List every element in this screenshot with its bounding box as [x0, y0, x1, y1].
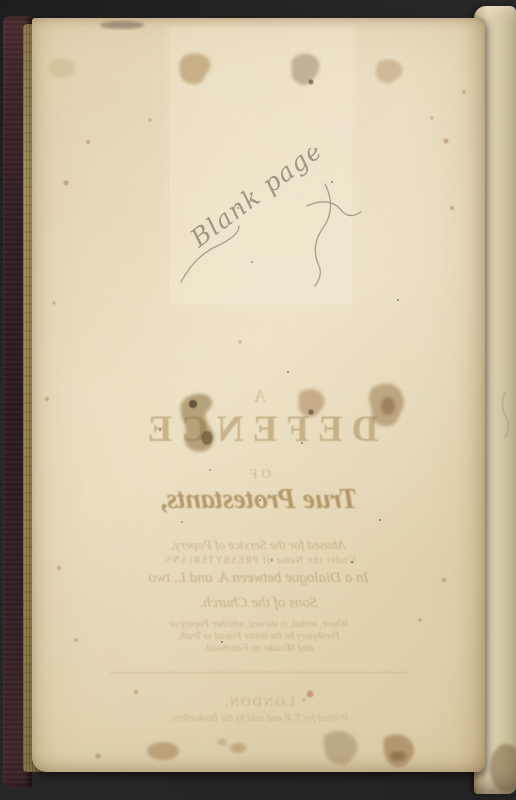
pencil-inscription: Blank page: [175, 148, 380, 298]
showthrough-line: DEFENCE: [32, 408, 485, 451]
showthrough-line: Abused for the Service of Popery,: [32, 537, 485, 553]
showthrough-line: Where, withal, is shewed, whether Popery…: [32, 619, 485, 630]
pencil-flourish: [181, 226, 239, 282]
blank-verso-page: A DEFENCE OF True Protestants, Abused fo…: [32, 18, 485, 772]
showthrough-line: Presbytery be the better Friend to Truth…: [32, 631, 485, 642]
showthrough-line: and Mistake no Falsehood.: [32, 643, 485, 654]
showthrough-line: Under the Name of PRESBYTERIANS.: [32, 555, 485, 566]
paper-aging-tone: [32, 18, 485, 772]
showthrough-line: Sons of the Church.: [32, 595, 485, 612]
showthrough-line: LONDON,: [32, 694, 485, 710]
showthrough-rule: [110, 672, 407, 673]
book-photograph: A DEFENCE OF True Protestants, Abused fo…: [0, 0, 516, 800]
showthrough-line: A: [32, 386, 485, 407]
pencil-flourish: [307, 202, 361, 216]
title-page-showthrough: A DEFENCE OF True Protestants, Abused fo…: [32, 18, 485, 772]
showthrough-line: Printed for T. P. and sold by the Bookse…: [32, 713, 485, 724]
showthrough-band: [168, 26, 354, 306]
pencil-flourish: [315, 184, 331, 286]
showthrough-line: True Protestants,: [32, 484, 485, 516]
showthrough-line: In a Dialogue between A. and L. two: [32, 570, 485, 587]
showthrough-line: OF: [32, 466, 485, 482]
pencil-inscription-text: Blank page: [184, 148, 328, 253]
